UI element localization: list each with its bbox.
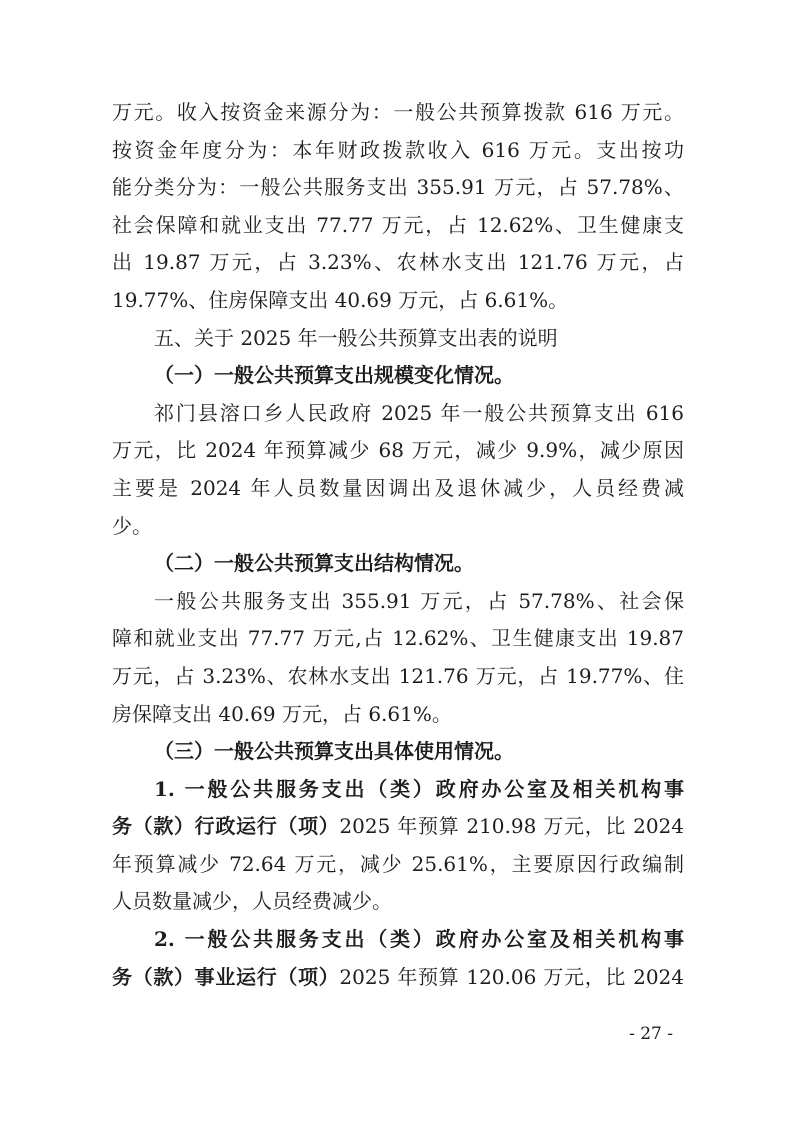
text-segment: （二）一般公共预算支出结构情况。: [154, 551, 474, 575]
text-line: 务（款）事业运行（项）2025 年预算 120.06 万元，比 2024: [112, 959, 684, 997]
text-segment: 2. 一般公共服务支出（类）政府办公室及相关机构事: [154, 927, 684, 951]
text-line: 19.77%、住房保障支出 40.69 万元，占 6.61%。: [112, 282, 684, 320]
text-line: 房保障支出 40.69 万元，占 6.61%。: [112, 696, 684, 734]
text-segment: 务（款）行政运行（项）: [112, 814, 339, 838]
text-segment: 房保障支出 40.69 万元，占 6.61%。: [112, 702, 452, 726]
text-line: 五、关于 2025 年一般公共预算支出表的说明: [112, 320, 684, 358]
text-line: 少。: [112, 508, 684, 546]
text-segment: 能分类分为：一般公共服务支出 355.91 万元，占 57.78%、: [112, 175, 684, 199]
text-segment: 五、关于 2025 年一般公共预算支出表的说明: [154, 326, 558, 350]
text-line: （一）一般公共预算支出规模变化情况。: [112, 357, 684, 395]
text-segment: 万元。收入按资金来源分为：一般公共预算拨款 616 万元。: [112, 100, 684, 124]
document-body: 万元。收入按资金来源分为：一般公共预算拨款 616 万元。按资金年度分为：本年财…: [112, 94, 684, 996]
text-line: 社会保障和就业支出 77.77 万元，占 12.62%、卫生健康支: [112, 207, 684, 245]
text-segment: 少。: [112, 514, 152, 538]
text-line: 能分类分为：一般公共服务支出 355.91 万元，占 57.78%、: [112, 169, 684, 207]
text-line: 按资金年度分为：本年财政拨款收入 616 万元。支出按功: [112, 132, 684, 170]
text-line: 万元，比 2024 年预算减少 68 万元，减少 9.9%，减少原因: [112, 432, 684, 470]
text-line: 一般公共服务支出 355.91 万元，占 57.78%、社会保: [112, 583, 684, 621]
text-segment: （一）一般公共预算支出规模变化情况。: [154, 363, 514, 387]
text-line: 1. 一般公共服务支出（类）政府办公室及相关机构事: [112, 771, 684, 809]
text-segment: 主要是 2024 年人员数量因调出及退休减少，人员经费减: [112, 476, 684, 500]
text-line: （二）一般公共预算支出结构情况。: [112, 545, 684, 583]
text-line: 人员数量减少，人员经费减少。: [112, 883, 684, 921]
text-line: 万元，占 3.23%、农林水支出 121.76 万元，占 19.77%、住: [112, 658, 684, 696]
text-line: 2. 一般公共服务支出（类）政府办公室及相关机构事: [112, 921, 684, 959]
text-segment: 按资金年度分为：本年财政拨款收入 616 万元。支出按功: [112, 138, 684, 162]
text-segment: 2025 年预算 210.98 万元，比 2024: [339, 814, 684, 838]
text-line: 主要是 2024 年人员数量因调出及退休减少，人员经费减: [112, 470, 684, 508]
text-segment: 年预算减少 72.64 万元，减少 25.61%，主要原因行政编制: [112, 852, 684, 876]
text-segment: 万元，占 3.23%、农林水支出 121.76 万元，占 19.77%、住: [112, 664, 684, 688]
text-segment: 万元，比 2024 年预算减少 68 万元，减少 9.9%，减少原因: [112, 438, 684, 462]
text-segment: 人员数量减少，人员经费减少。: [112, 889, 392, 913]
text-segment: 一般公共服务支出 355.91 万元，占 57.78%、社会保: [154, 589, 684, 613]
text-segment: 务（款）事业运行（项）: [112, 965, 339, 989]
text-segment: 2025 年预算 120.06 万元，比 2024: [339, 965, 684, 989]
text-segment: （三）一般公共预算支出具体使用情况。: [154, 739, 514, 763]
text-line: 祁门县溶口乡人民政府 2025 年一般公共预算支出 616: [112, 395, 684, 433]
text-line: 出 19.87 万元，占 3.23%、农林水支出 121.76 万元，占: [112, 244, 684, 282]
text-segment: 出 19.87 万元，占 3.23%、农林水支出 121.76 万元，占: [112, 250, 684, 274]
text-segment: 19.77%、住房保障支出 40.69 万元，占 6.61%。: [112, 288, 568, 312]
document-page: 万元。收入按资金来源分为：一般公共预算拨款 616 万元。按资金年度分为：本年财…: [0, 0, 793, 1122]
text-line: 万元。收入按资金来源分为：一般公共预算拨款 616 万元。: [112, 94, 684, 132]
text-line: 年预算减少 72.64 万元，减少 25.61%，主要原因行政编制: [112, 846, 684, 884]
text-segment: 社会保障和就业支出 77.77 万元，占 12.62%、卫生健康支: [112, 213, 684, 237]
text-line: 务（款）行政运行（项）2025 年预算 210.98 万元，比 2024: [112, 808, 684, 846]
page-number: - 27 -: [629, 1022, 673, 1046]
text-line: （三）一般公共预算支出具体使用情况。: [112, 733, 684, 771]
text-line: 障和就业支出 77.77 万元,占 12.62%、卫生健康支出 19.87: [112, 620, 684, 658]
text-segment: 障和就业支出 77.77 万元,占 12.62%、卫生健康支出 19.87: [112, 626, 684, 650]
text-segment: 祁门县溶口乡人民政府 2025 年一般公共预算支出 616: [154, 401, 684, 425]
text-segment: 1. 一般公共服务支出（类）政府办公室及相关机构事: [154, 777, 684, 801]
